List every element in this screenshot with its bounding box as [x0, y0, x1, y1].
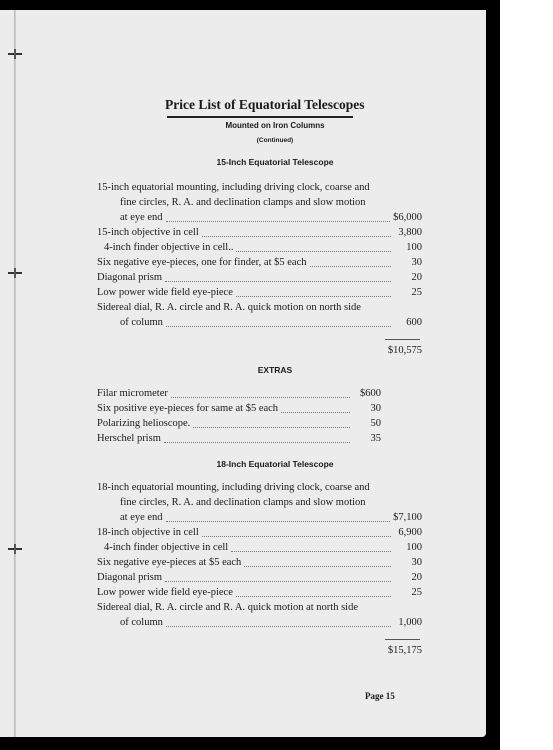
item-price: $7,100: [393, 510, 422, 525]
dot-leader: [193, 426, 350, 428]
item-label: 18-inch objective in cell: [97, 525, 199, 540]
price-line: fine circles, R. A. and declination clam…: [120, 495, 383, 510]
price-line: fine circles, R. A. and declination clam…: [120, 195, 383, 210]
item-label: Low power wide field eye-piece: [97, 585, 233, 600]
price-line: 4-inch finder objective in cell 100: [104, 540, 422, 555]
binding-tick-mark: [8, 548, 22, 550]
binding-tick-mark: [8, 272, 22, 274]
item-price: 600: [394, 315, 422, 330]
item-price: 3,800: [394, 225, 422, 240]
section-heading-18-inch: 18-Inch Equatorial Telescope: [150, 459, 400, 469]
dot-leader: [202, 535, 391, 537]
item-price: 30: [394, 555, 422, 570]
dot-leader: [166, 520, 391, 522]
item-label: at eye end: [120, 510, 163, 525]
price-line: 18-inch objective in cell 6,900: [97, 525, 422, 540]
dot-leader: [244, 565, 391, 567]
dot-leader: [171, 396, 350, 398]
item-price: 100: [394, 240, 422, 255]
page-subtitle: Mounted on Iron Columns: [150, 121, 400, 130]
price-line: Six positive eye-pieces for same at $5 e…: [97, 401, 381, 416]
dot-leader: [310, 265, 392, 267]
item-label: 18-inch equatorial mounting, including d…: [97, 480, 370, 495]
price-line: of column 600: [120, 315, 422, 330]
dot-leader: [166, 325, 391, 327]
price-line: Low power wide field eye-piece 25: [97, 585, 422, 600]
item-price: $6,000: [393, 210, 422, 225]
dot-leader: [166, 220, 391, 222]
dot-leader: [281, 411, 350, 413]
item-label: Herschel prism: [97, 431, 161, 446]
price-line: Low power wide field eye-piece 25: [97, 285, 422, 300]
page-title: Price List of Equatorial Telescopes: [165, 97, 385, 113]
item-price: $600: [353, 386, 381, 401]
price-line: 15-inch equatorial mounting, including d…: [97, 180, 383, 195]
price-line: Filar micrometer $600: [97, 386, 381, 401]
section-heading-15-inch: 15-Inch Equatorial Telescope: [150, 157, 400, 167]
price-line: Herschel prism 35: [97, 431, 381, 446]
title-underline: [167, 116, 353, 118]
dot-leader: [236, 595, 391, 597]
item-label: Six positive eye-pieces for same at $5 e…: [97, 401, 278, 416]
item-label: Diagonal prism: [97, 270, 162, 285]
binding-edge: [14, 10, 16, 737]
section-total: $15,175: [360, 645, 422, 656]
item-label: 4-inch finder objective in cell: [104, 540, 228, 555]
item-label: Six negative eye-pieces, one for finder,…: [97, 255, 307, 270]
dot-leader: [165, 580, 391, 582]
total-rule: [385, 639, 420, 640]
price-line: 4-inch finder objective in cell.. 100: [104, 240, 422, 255]
page-number: Page 15: [365, 691, 395, 701]
item-label: 4-inch finder objective in cell..: [104, 240, 233, 255]
price-line: Polarizing helioscope. 50: [97, 416, 381, 431]
item-price: 20: [394, 270, 422, 285]
dot-leader: [164, 441, 350, 443]
item-label: 15-inch equatorial mounting, including d…: [97, 180, 370, 195]
item-label: fine circles, R. A. and declination clam…: [120, 195, 366, 210]
document-page: Price List of Equatorial Telescopes Moun…: [0, 10, 486, 737]
item-label: at eye end: [120, 210, 163, 225]
dot-leader: [166, 625, 391, 627]
item-label: Six negative eye-pieces at $5 each: [97, 555, 241, 570]
dot-leader: [231, 550, 391, 552]
item-price: 50: [353, 416, 381, 431]
item-label: 15-inch objective in cell: [97, 225, 199, 240]
item-price: 25: [394, 585, 422, 600]
price-line: 18-inch equatorial mounting, including d…: [97, 480, 383, 495]
item-price: 35: [353, 431, 381, 446]
item-price: 100: [394, 540, 422, 555]
item-price: 30: [353, 401, 381, 416]
item-price: 20: [394, 570, 422, 585]
price-line: of column 1,000: [120, 615, 422, 630]
price-line: at eye end $7,100: [120, 510, 422, 525]
item-label: Sidereal dial, R. A. circle and R. A. qu…: [97, 600, 358, 615]
item-label: of column: [120, 615, 163, 630]
price-line: Sidereal dial, R. A. circle and R. A. qu…: [97, 600, 387, 615]
price-line: Six negative eye-pieces, one for finder,…: [97, 255, 422, 270]
item-label: fine circles, R. A. and declination clam…: [120, 495, 366, 510]
binding-tick-mark: [8, 53, 22, 55]
price-line: 15-inch objective in cell 3,800: [97, 225, 422, 240]
item-label: Sidereal dial, R. A. circle and R. A. qu…: [97, 300, 361, 315]
item-price: 25: [394, 285, 422, 300]
section-heading-extras: EXTRAS: [150, 365, 400, 375]
item-price: 1,000: [394, 615, 422, 630]
section-total: $10,575: [360, 345, 422, 356]
item-label: Filar micrometer: [97, 386, 168, 401]
price-line: Six negative eye-pieces at $5 each 30: [97, 555, 422, 570]
price-line: Diagonal prism 20: [97, 570, 422, 585]
item-price: 30: [394, 255, 422, 270]
item-label: Diagonal prism: [97, 570, 162, 585]
item-price: 6,900: [394, 525, 422, 540]
price-line: Sidereal dial, R. A. circle and R. A. qu…: [97, 300, 387, 315]
dot-leader: [202, 235, 391, 237]
dot-leader: [236, 250, 391, 252]
dot-leader: [236, 295, 391, 297]
total-rule: [385, 339, 420, 340]
item-label: Polarizing helioscope.: [97, 416, 190, 431]
price-line: at eye end $6,000: [120, 210, 422, 225]
item-label: Low power wide field eye-piece: [97, 285, 233, 300]
dot-leader: [165, 280, 391, 282]
item-label: of column: [120, 315, 163, 330]
price-line: Diagonal prism 20: [97, 270, 422, 285]
continued-note: (Continued): [150, 137, 400, 144]
